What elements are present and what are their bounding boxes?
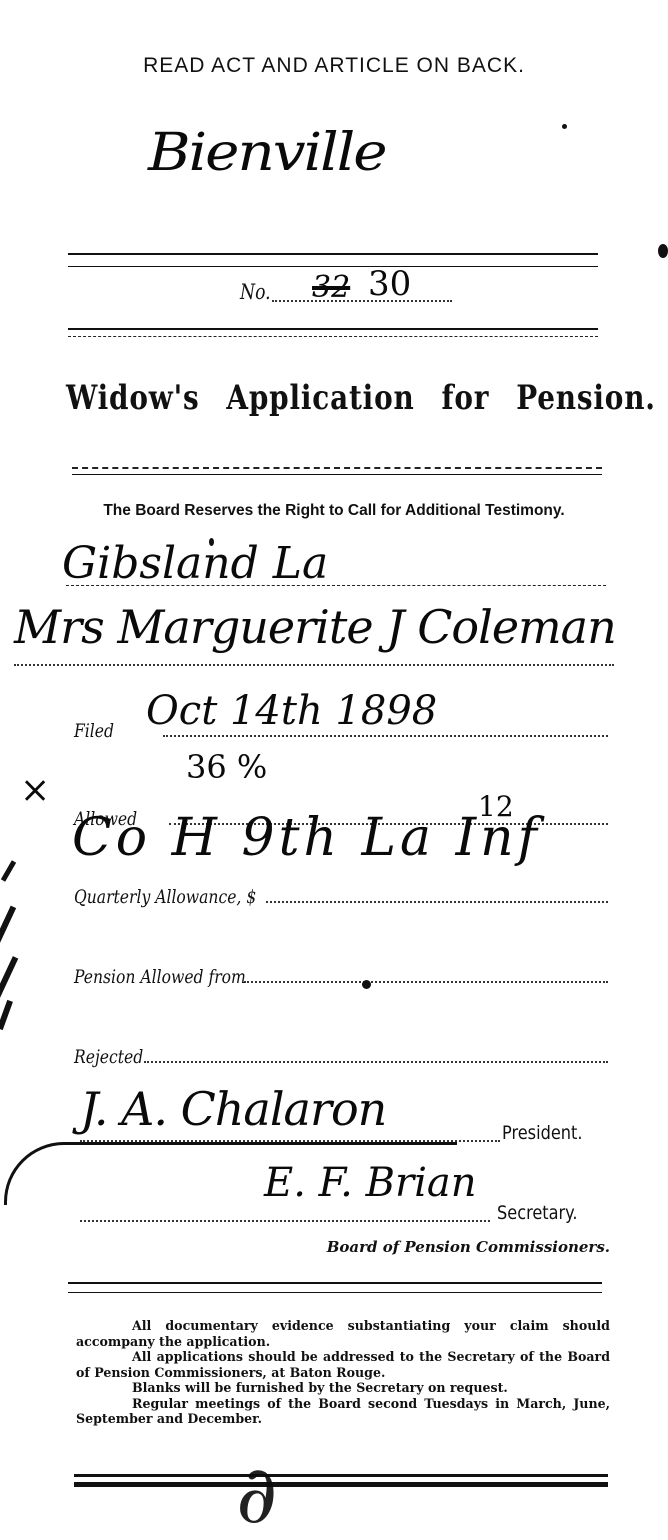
quarterly-allowance-dots (266, 901, 608, 903)
footer-top-rule-2 (68, 1292, 602, 1293)
number-field: No. 32 30 (240, 270, 480, 310)
filed-value-handwritten: Oct 14th 1898 (146, 688, 437, 734)
form-title: Widow's Application for Pension. (66, 378, 509, 418)
filed-dots (163, 735, 608, 737)
scan-mark (0, 906, 16, 945)
scan-mark (0, 956, 18, 1004)
parish-rule-1 (68, 253, 598, 255)
number-rule-1 (68, 328, 598, 330)
footer-paragraph-evidence: All documentary evidence substantiating … (76, 1318, 610, 1349)
filed-label: Filed (74, 720, 114, 742)
footer-paragraph-blanks: Blanks will be furnished by the Secretar… (76, 1380, 610, 1396)
board-notice: The Board Reserves the Right to Call for… (60, 500, 608, 522)
number-handwritten: 30 (368, 264, 411, 304)
secretary-signature: E. F. Brian (264, 1160, 477, 1206)
pension-application-form: READ ACT AND ARTICLE ON BACK. Bienville … (0, 0, 668, 1540)
pension-allowed-from-row: Pension Allowed from (74, 958, 608, 988)
rejected-dots (144, 1061, 608, 1063)
quarterly-allowance-row: Quarterly Allowance, $ (74, 878, 608, 908)
scan-speck (562, 124, 567, 129)
secretary-dots (80, 1220, 490, 1222)
scan-mark (1, 860, 16, 882)
title-rule-1 (72, 467, 602, 469)
allowed-margin-note: 36 % (186, 748, 267, 786)
footer-top-rule-1 (68, 1282, 602, 1284)
president-signature: J. A. Chalaron (80, 1082, 386, 1136)
scan-speck (658, 244, 668, 258)
number-struck: 32 (312, 270, 350, 305)
footer-instructions: All documentary evidence substantiating … (76, 1318, 610, 1427)
secretary-label: Secretary. (497, 1202, 578, 1224)
pension-allowed-from-label: Pension Allowed from (74, 966, 246, 988)
rejected-label: Rejected (74, 1046, 143, 1068)
allowed-value-handwritten: Co H 9th La Inf (72, 808, 541, 868)
post-office-handwritten: Gibsland La (62, 538, 328, 589)
applicant-name-handwritten: Mrs Marguerite J Coleman (14, 600, 616, 654)
scan-mark (0, 1000, 13, 1030)
margin-x-mark: × (20, 770, 50, 811)
quarterly-allowance-label: Quarterly Allowance, $ (74, 886, 256, 908)
bottom-rule-2 (74, 1482, 608, 1487)
number-dots (272, 300, 452, 302)
post-office-rule (66, 585, 606, 586)
parish-rule-2 (68, 266, 598, 267)
title-rule-2 (72, 474, 602, 475)
parish-handwritten: Bienville (148, 121, 386, 182)
read-act-header: READ ACT AND ARTICLE ON BACK. (0, 54, 668, 78)
footer-paragraph-meetings: Regular meetings of the Board second Tue… (76, 1396, 610, 1427)
board-of-pension-commissioners: Board of Pension Commissioners. (327, 1238, 610, 1256)
allowed-side-note: 12 (478, 790, 514, 823)
president-label: President. (502, 1122, 582, 1144)
rejected-row: Rejected (74, 1038, 608, 1068)
footer-paragraph-address: All applications should be addressed to … (76, 1349, 610, 1380)
pension-allowed-from-dots (244, 981, 608, 983)
scan-speck (362, 980, 371, 989)
scan-speck (209, 538, 214, 546)
bottom-rule-1 (74, 1474, 608, 1477)
bottom-handwriting-fragment: ∂ (236, 1448, 277, 1540)
applicant-dots (14, 664, 614, 666)
number-rule-2 (68, 336, 598, 337)
number-label: No. (240, 280, 271, 304)
